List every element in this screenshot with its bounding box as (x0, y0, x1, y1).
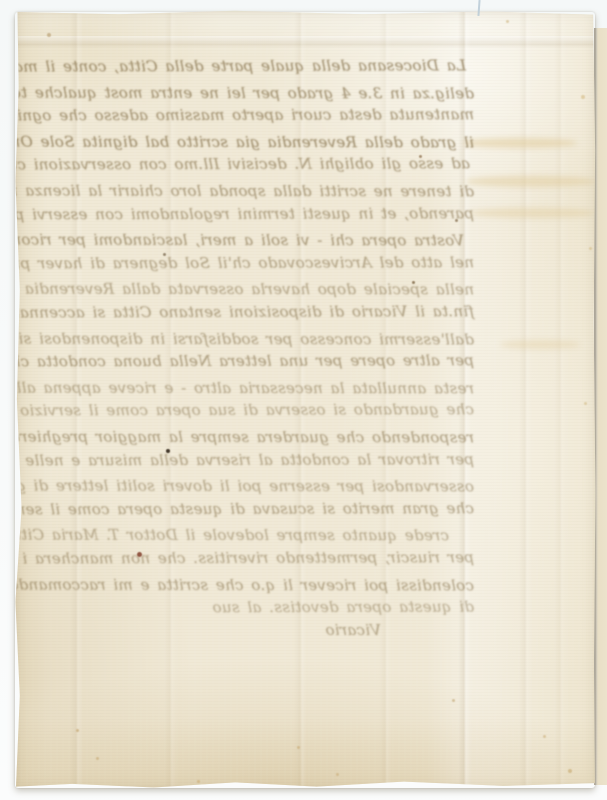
bleed-line: che guardando si osserva di sua opera co… (0, 403, 474, 420)
foxing-spot (96, 757, 99, 760)
bleed-line: ad esso gli oblighi N. decisivi Ill.mo c… (2, 157, 470, 173)
fold-crease (164, 10, 177, 789)
bleed-line: colendissi poi ricever li q.o che scritt… (0, 577, 474, 593)
foxing-spot (197, 780, 200, 783)
bleed-line: resta annullata la necessaria altro - e … (0, 380, 474, 396)
bleed-text-block: La Diocesana della quale parte della Cit… (42, 10, 474, 789)
bleed-line: Vostra opera chi - vi soli a meri, lasci… (0, 233, 464, 249)
bleed-line: che gran merito si scusava di questa ope… (0, 501, 474, 518)
manuscript-sheet: La Diocesana della quale parte della Cit… (14, 10, 596, 789)
foxing-spot (47, 33, 51, 37)
closing-word: Vicario (325, 623, 381, 638)
foxing-spot (455, 219, 458, 222)
bleed-line: il grado della Reverendia gia scritto ba… (0, 134, 474, 150)
fold-crease (519, 10, 532, 789)
foxing-spot (163, 253, 166, 256)
foxing-spot (336, 773, 339, 776)
fold-crease (379, 10, 392, 789)
ghost-mark (470, 208, 595, 218)
foxing-spot (253, 789, 257, 793)
fold-crease (294, 10, 307, 789)
fold-crease (554, 10, 567, 789)
under-sheet-edge (594, 28, 607, 785)
ink-spot (166, 449, 170, 453)
foxing-spot (297, 746, 300, 749)
bleed-line: respondendo che guardera sempre la maggi… (0, 430, 474, 446)
paper-vignette (14, 10, 596, 789)
bleed-line: fin.ta il Vicario di disposizioni sentan… (0, 304, 474, 321)
bleed-line: per ritrovar la condotta al riserva dell… (0, 452, 474, 469)
fold-crease (458, 10, 471, 789)
bleed-line: di questa opera devotiss. al suo (212, 600, 474, 616)
foxing-spot (543, 735, 546, 738)
ghost-mark (465, 176, 595, 187)
foxing-spot (589, 247, 592, 250)
ghost-mark (462, 138, 577, 148)
bleed-line: di tenere ne scritti dalla sponda loro c… (0, 184, 474, 200)
foxing-spot (76, 729, 79, 732)
ink-spot (137, 552, 142, 557)
bleed-line: La Diocesana della quale parte della Cit… (9, 58, 466, 74)
bleed-line: parendo, et in questi termini regolandom… (0, 206, 474, 223)
top-fold-crease (14, 36, 596, 48)
foxing-spot (412, 281, 415, 284)
paper-texture (14, 10, 596, 789)
bleed-line: crede quanto sempre lodevole il Dottor T… (5, 528, 449, 544)
foxing-spot (584, 402, 587, 405)
bleed-line: dall'essermi concesso per soddisfarsi in… (0, 331, 474, 347)
bleed-line: per riuscir, permettendo riveritiss. che… (0, 550, 474, 567)
bleed-line: nella speciale dopo haverla osservata da… (0, 282, 474, 298)
scan-backdrop: La Diocesana della quale parte della Cit… (0, 0, 607, 800)
foxing-spot (568, 769, 572, 773)
bleed-line: nel atto del Arcivescovado ch'il Sol deg… (0, 255, 474, 272)
fold-crease (70, 10, 83, 789)
ghost-mark (500, 340, 580, 349)
foxing-spot (581, 95, 585, 99)
bleed-line: mantenuta desta cuori aperto massimo ade… (0, 107, 474, 124)
foxing-spot (452, 699, 455, 702)
foxing-spot (506, 20, 509, 23)
bleed-line: delig.za in 3.e 4 grado per lei ne entra… (0, 85, 474, 101)
bleed-line: osservandosi per esserne poi li doveri s… (0, 479, 474, 495)
foxing-spot (419, 155, 422, 158)
bleed-line: per altre opere per una lettera Nella bu… (0, 353, 474, 370)
